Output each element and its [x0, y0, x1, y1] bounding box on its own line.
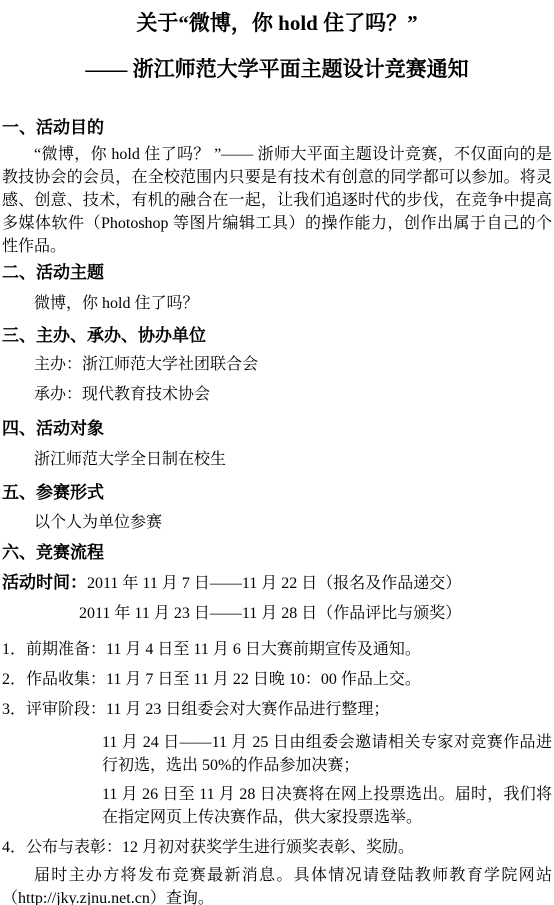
- schedule-step-2: 2．作品收集：11 月 7 日至 11 月 22 日晚 10：00 作品上交。: [2, 668, 552, 691]
- section-1-heading: 一、活动目的: [2, 116, 552, 139]
- document-title-line1: 关于“微博，你 hold 住了吗？”: [2, 8, 552, 38]
- section-3-organizer-line: 承办：现代教育技术协会: [2, 383, 552, 406]
- notice-document: 关于“微博，你 hold 住了吗？” —— 浙江师范大学平面主题设计竞赛通知 一…: [0, 0, 554, 905]
- section-4-heading: 四、活动对象: [2, 417, 552, 440]
- schedule-step-3-detail-1: 11 月 24 日——11 月 25 日由组委会邀请相关专家对竞赛作品进行初选，…: [2, 731, 552, 777]
- section-3-heading: 三、主办、承办、协办单位: [2, 324, 552, 347]
- section-6-heading: 六、竞赛流程: [2, 541, 552, 564]
- section-1-paragraph: “微博，你 hold 住了吗？ ”—— 浙师大平面主题设计竞赛，不仅面向的是教技…: [2, 143, 552, 258]
- schedule-step-1: 1．前期准备：11 月 4 日至 11 月 6 日大赛前期宣传及通知。: [2, 638, 552, 661]
- schedule-step-3-detail-2: 11 月 26 日至 11 月 28 日决赛将在网上投票选出。届时，我们将在指定…: [2, 783, 552, 829]
- schedule-time-line1: 活动时间：2011 年 11 月 7 日——11 月 22 日（报名及作品递交）: [2, 571, 552, 595]
- schedule-time-period2: 2011 年 11 月 23 日——11 月 28 日（作品评比与颁奖）: [2, 602, 552, 625]
- schedule-step-3: 3．评审阶段：11 月 23 日组委会对大赛作品进行整理；: [2, 698, 552, 721]
- schedule-time-period1: 2011 年 11 月 7 日——11 月 22 日（报名及作品递交）: [87, 575, 461, 592]
- schedule-time-label: 活动时间：: [2, 573, 87, 592]
- section-5-format-line: 以个人为单位参赛: [2, 511, 552, 534]
- section-2-heading: 二、活动主题: [2, 261, 552, 284]
- section-3-host-line: 主办：浙江师范大学社团联合会: [2, 353, 552, 376]
- section-5-heading: 五、参赛形式: [2, 481, 552, 504]
- footer-closing-paragraph: 届时主办方将发布竞赛最新消息。具体情况请登陆教师教育学院网站（http://jk…: [2, 864, 552, 905]
- document-title-line2: —— 浙江师范大学平面主题设计竞赛通知: [2, 54, 552, 84]
- section-2-theme-line: 微博，你 hold 住了吗？: [2, 292, 552, 315]
- schedule-step-4: 4．公布与表彰：12 月初对获奖学生进行颁奖表彰、奖励。: [2, 836, 552, 859]
- section-4-audience-line: 浙江师范大学全日制在校生: [2, 448, 552, 471]
